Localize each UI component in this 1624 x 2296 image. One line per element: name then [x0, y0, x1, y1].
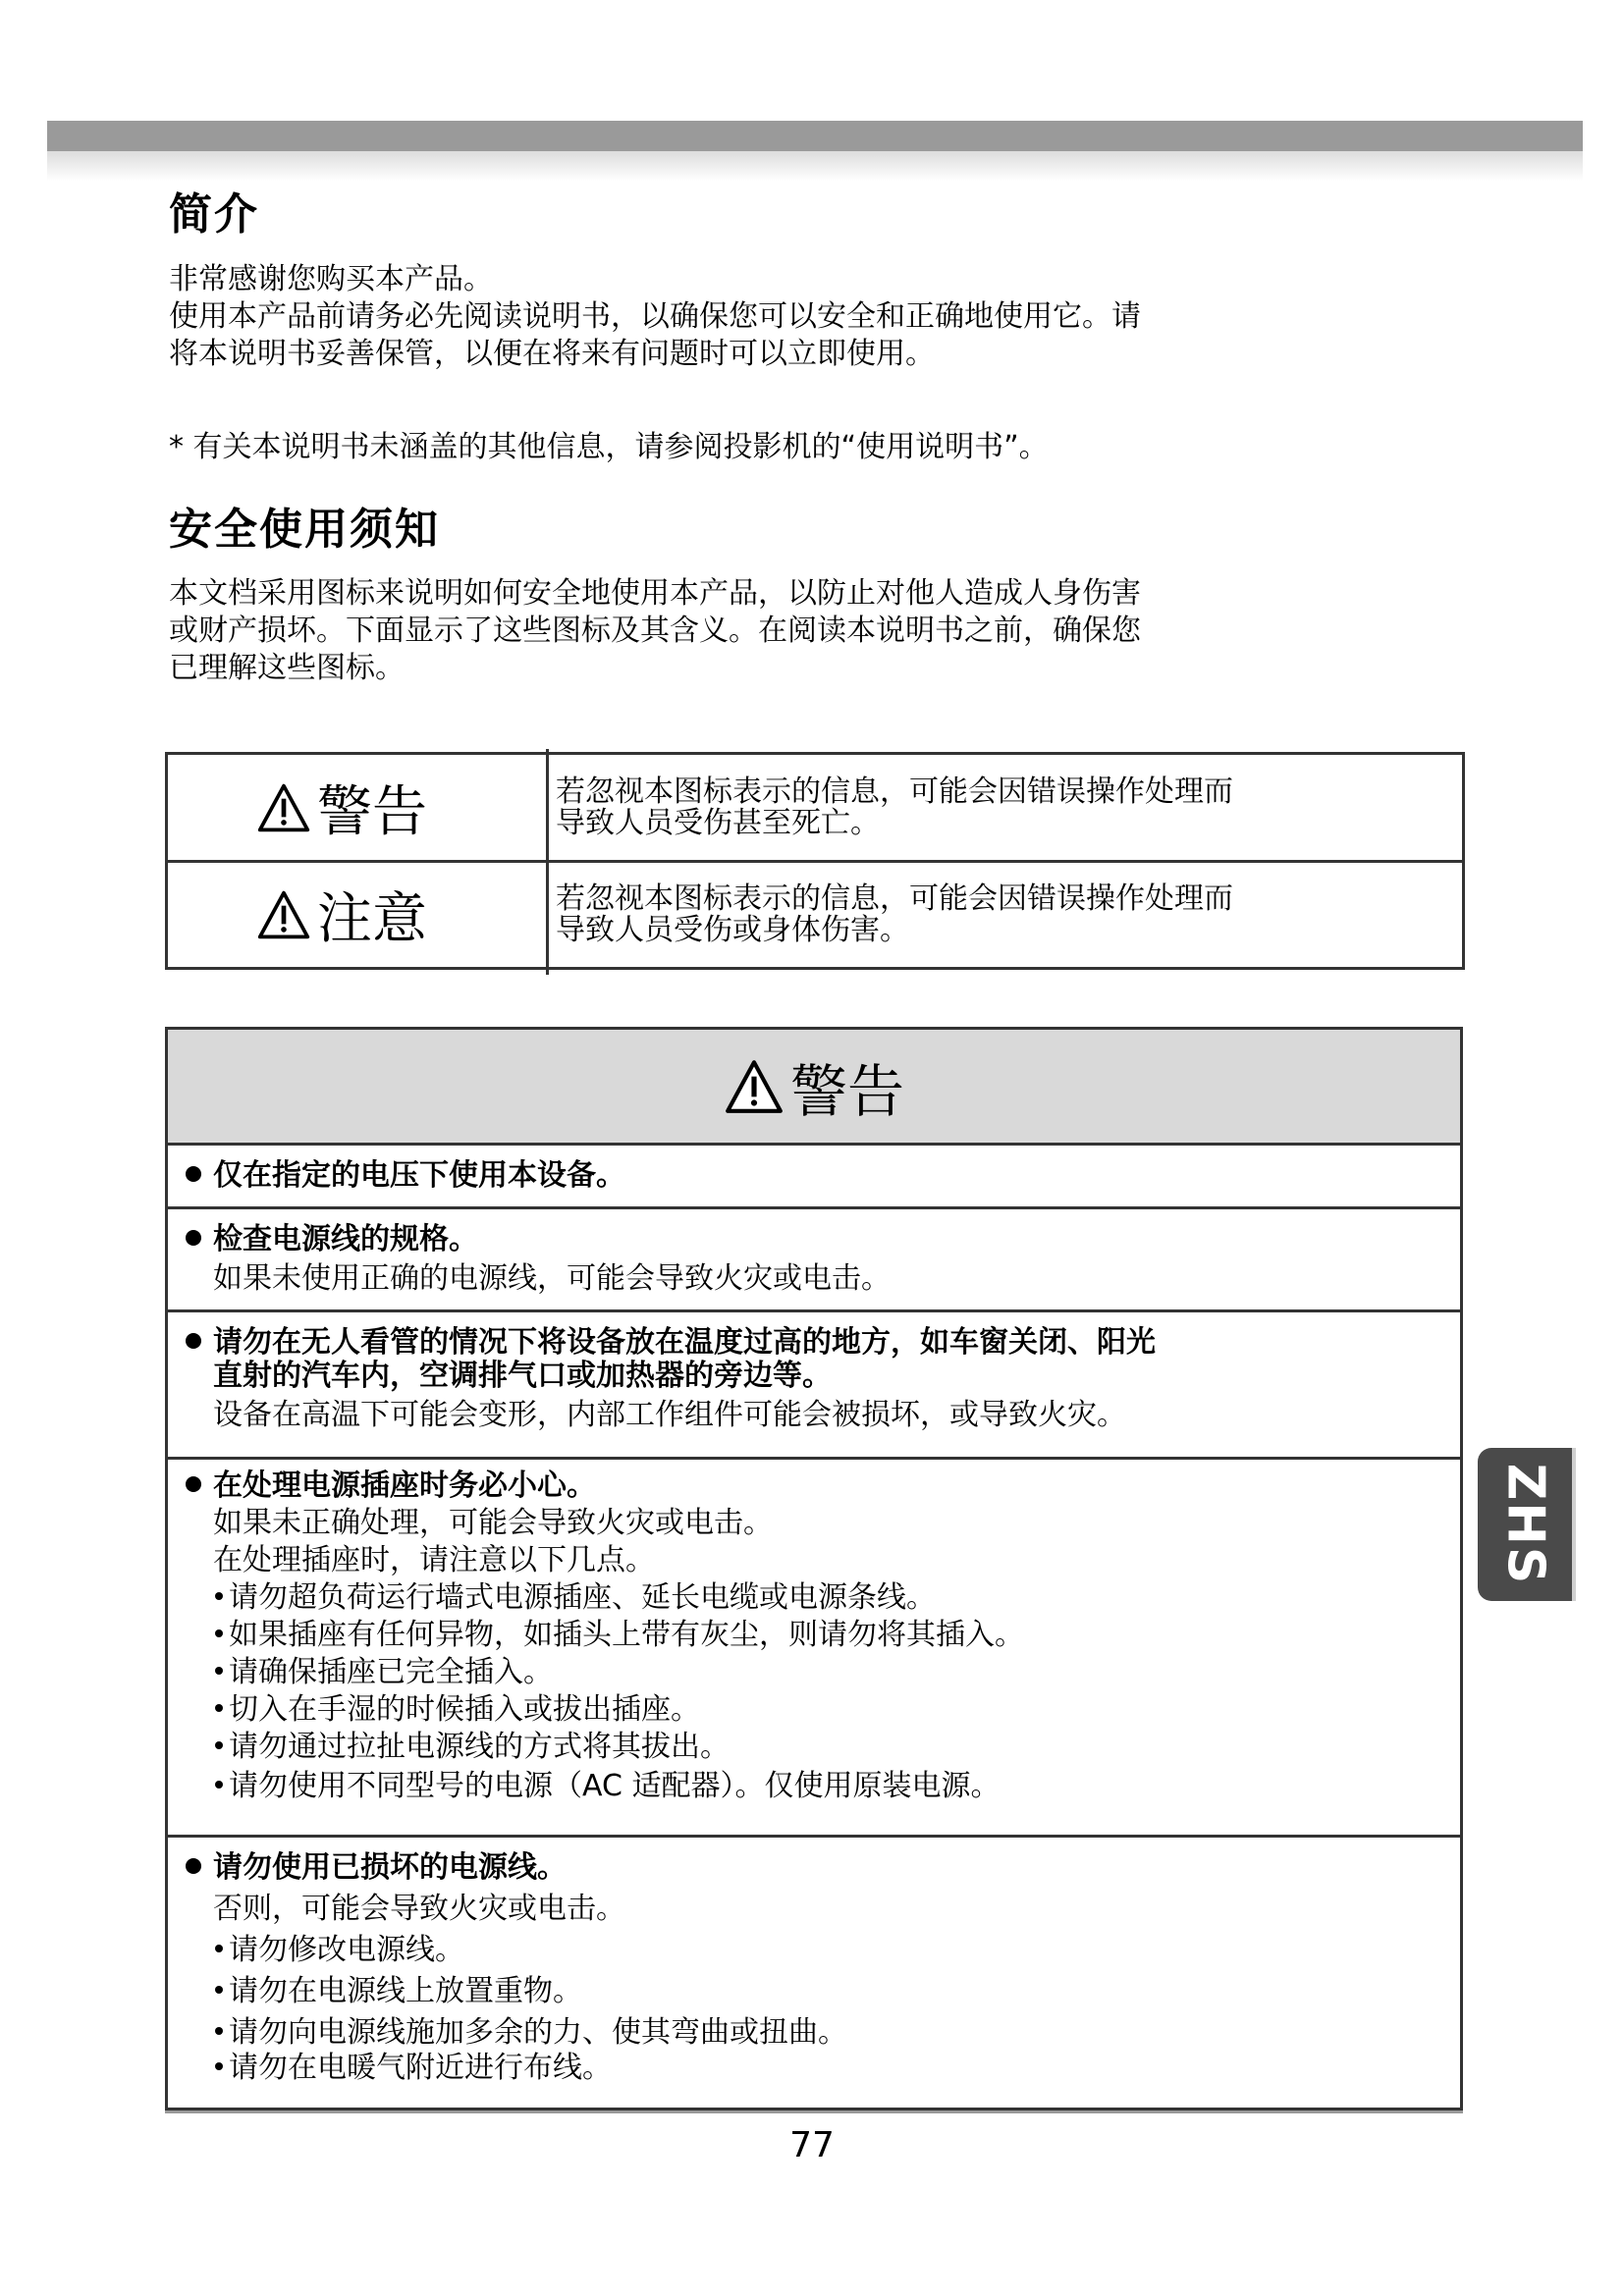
warning-triangle-icon: [256, 887, 311, 942]
header-bar-shadow: [47, 151, 1583, 181]
warning-item-body: 在处理插座时，请注意以下几点。: [213, 1544, 655, 1577]
bullet-icon: [186, 1858, 201, 1874]
legend-description: 若忽视本图标表示的信息，可能会因错误操作处理而 导致人员受伤甚至死亡。: [556, 776, 1233, 839]
intro-line: 非常感谢您购买本产品。: [169, 261, 1475, 298]
intro-title: 简介: [169, 179, 259, 241]
warning-item-heading: 请勿使用已损坏的电源线。: [186, 1851, 567, 1885]
sub-bullet-icon: [215, 2027, 223, 2035]
sub-bullet-text: 请勿通过拉扯电源线的方式将其拔出。: [229, 1730, 730, 1764]
intro-note-text: * 有关本说明书未涵盖的其他信息，请参阅投影机的“使用说明书”。: [169, 429, 1475, 466]
bullet-icon: [186, 1333, 201, 1349]
sub-bullet-text: 请勿修改电源线。: [229, 1933, 464, 1967]
page-number: 77: [0, 2125, 1624, 2165]
sub-bullet: 请勿在电暖气附近进行布线。: [215, 2052, 612, 2085]
warning-item-heading: 请勿在无人看管的情况下将设备放在温度过高的地方，如车窗关闭、阳光: [186, 1326, 1156, 1360]
sub-bullet: 切入在手湿的时候插入或拔出插座。: [215, 1693, 700, 1727]
legend-description: 若忽视本图标表示的信息，可能会因错误操作处理而 导致人员受伤或身体伤害。: [556, 883, 1233, 946]
sub-bullet-icon: [215, 1781, 223, 1789]
warning-triangle-icon: [256, 780, 311, 835]
intro-line: 将本说明书妥善保管，以便在将来有问题时可以立即使用。: [169, 336, 1475, 373]
warning-item-heading: 在处理电源插座时务必小心。: [186, 1469, 596, 1503]
legend-label-text: 注意: [317, 876, 427, 954]
heading-text: 检查电源线的规格。: [213, 1222, 478, 1256]
sub-bullet-icon: [215, 1592, 223, 1600]
language-tab: ZHS: [1478, 1448, 1572, 1601]
heading-text: 请勿使用已损坏的电源线。: [213, 1850, 567, 1885]
warning-item-body: 否则，可能会导致火灾或电击。: [213, 1893, 625, 1926]
legend-desc-line: 若忽视本图标表示的信息，可能会因错误操作处理而: [556, 883, 1233, 915]
sub-bullet-text: 请勿超负荷运行墙式电源插座、延长电缆或电源条线。: [229, 1580, 936, 1615]
heading-text: 仅在指定的电压下使用本设备。: [213, 1158, 625, 1193]
icon-legend-table: 警告 若忽视本图标表示的信息，可能会因错误操作处理而 导致人员受伤甚至死亡。 注…: [165, 752, 1465, 970]
legend-label: 注意: [256, 876, 427, 954]
legend-row-warning: 警告 若忽视本图标表示的信息，可能会因错误操作处理而 导致人员受伤甚至死亡。: [168, 755, 1462, 863]
warning-item-body: 设备在高温下可能会变形，内部工作组件可能会被损坏，或导致火灾。: [213, 1399, 1126, 1432]
sub-bullet-icon: [215, 1986, 223, 1994]
sub-bullet-text: 请勿使用不同型号的电源（AC 适配器）。仅使用原装电源。: [229, 1769, 1000, 1803]
warning-box: 警告 仅在指定的电压下使用本设备。 检查电源线的规格。 如果未使用正确的电源线，…: [165, 1027, 1463, 2110]
bullet-icon: [186, 1166, 201, 1182]
warning-box-header: 警告: [168, 1030, 1460, 1146]
safety-paragraph: 本文档采用图标来说明如何安全地使用本产品，以防止对他人造成人身伤害 或财产损坏。…: [169, 575, 1475, 687]
warning-item-body: 如果未正确处理，可能会导致火灾或电击。: [213, 1507, 773, 1540]
sub-bullet-text: 请勿在电暖气附近进行布线。: [229, 2051, 612, 2085]
warning-item-heading: 直射的汽车内，空调排气口或加热器的旁边等。: [213, 1360, 832, 1393]
sub-bullet-icon: [215, 1741, 223, 1749]
warning-item: 请勿在无人看管的情况下将设备放在温度过高的地方，如车窗关闭、阳光 直射的汽车内，…: [168, 1312, 1460, 1460]
header-bar: [47, 121, 1583, 151]
sub-bullet: 请勿超负荷运行墙式电源插座、延长电缆或电源条线。: [215, 1581, 936, 1615]
sub-bullet: 请勿向电源线施加多余的力、使其弯曲或扭曲。: [215, 2016, 847, 2050]
safety-line: 已理解这些图标。: [169, 650, 1475, 687]
warning-triangle-icon: [724, 1056, 785, 1117]
warning-item: 检查电源线的规格。 如果未使用正确的电源线，可能会导致火灾或电击。: [168, 1209, 1460, 1312]
legend-label: 警告: [256, 769, 427, 847]
sub-bullet-text: 如果插座有任何异物，如插头上带有灰尘，则请勿将其插入。: [229, 1618, 1024, 1652]
sub-bullet: 请勿通过拉扯电源线的方式将其拔出。: [215, 1731, 730, 1764]
intro-paragraph: 非常感谢您购买本产品。 使用本产品前请务必先阅读说明书，以确保您可以安全和正确地…: [169, 261, 1475, 373]
safety-line: 或财产损坏。下面显示了这些图标及其含义。在阅读本说明书之前，确保您: [169, 613, 1475, 650]
sub-bullet-icon: [215, 2062, 223, 2070]
sub-bullet-icon: [215, 1667, 223, 1675]
legend-desc-line: 导致人员受伤或身体伤害。: [556, 915, 1233, 946]
warning-item: 仅在指定的电压下使用本设备。: [168, 1146, 1460, 1209]
warning-item: 请勿使用已损坏的电源线。 否则，可能会导致火灾或电击。 请勿修改电源线。 请勿在…: [168, 1838, 1460, 2108]
warning-item-heading: 检查电源线的规格。: [186, 1223, 478, 1256]
sub-bullet-text: 请确保插座已完全插入。: [229, 1655, 553, 1689]
legend-desc-line: 导致人员受伤甚至死亡。: [556, 808, 1233, 839]
warning-item: 在处理电源插座时务必小心。 如果未正确处理，可能会导致火灾或电击。 在处理插座时…: [168, 1460, 1460, 1838]
legend-desc-line: 若忽视本图标表示的信息，可能会因错误操作处理而: [556, 776, 1233, 808]
language-tab-label: ZHS: [1495, 1464, 1554, 1586]
warning-box-title: 警告: [790, 1045, 904, 1128]
heading-text: 请勿在无人看管的情况下将设备放在温度过高的地方，如车窗关闭、阳光: [213, 1325, 1156, 1360]
bullet-icon: [186, 1230, 201, 1246]
sub-bullet: 请勿在电源线上放置重物。: [215, 1975, 582, 2008]
sub-bullet: 请勿修改电源线。: [215, 1934, 464, 1967]
sub-bullet: 请勿使用不同型号的电源（AC 适配器）。仅使用原装电源。: [215, 1770, 1000, 1803]
legend-row-caution: 注意 若忽视本图标表示的信息，可能会因错误操作处理而 导致人员受伤或身体伤害。: [168, 863, 1462, 967]
sub-bullet-icon: [215, 1945, 223, 1952]
bullet-icon: [186, 1476, 201, 1492]
sub-bullet-text: 请勿向电源线施加多余的力、使其弯曲或扭曲。: [229, 2015, 847, 2050]
intro-note: * 有关本说明书未涵盖的其他信息，请参阅投影机的“使用说明书”。: [169, 429, 1475, 466]
sub-bullet: 如果插座有任何异物，如插头上带有灰尘，则请勿将其插入。: [215, 1619, 1024, 1652]
intro-line: 使用本产品前请务必先阅读说明书，以确保您可以安全和正确地使用它。请: [169, 298, 1475, 336]
sub-bullet-text: 请勿在电源线上放置重物。: [229, 1974, 582, 2008]
warning-item-body: 如果未使用正确的电源线，可能会导致火灾或电击。: [213, 1262, 891, 1296]
legend-label-text: 警告: [317, 769, 427, 847]
warning-item-heading: 仅在指定的电压下使用本设备。: [186, 1159, 625, 1193]
sub-bullet-icon: [215, 1704, 223, 1712]
sub-bullet-icon: [215, 1629, 223, 1637]
heading-text: 在处理电源插座时务必小心。: [213, 1468, 596, 1503]
safety-line: 本文档采用图标来说明如何安全地使用本产品，以防止对他人造成人身伤害: [169, 575, 1475, 613]
safety-title: 安全使用须知: [169, 494, 440, 557]
sub-bullet-text: 切入在手湿的时候插入或拔出插座。: [229, 1692, 700, 1727]
sub-bullet: 请确保插座已完全插入。: [215, 1656, 553, 1689]
